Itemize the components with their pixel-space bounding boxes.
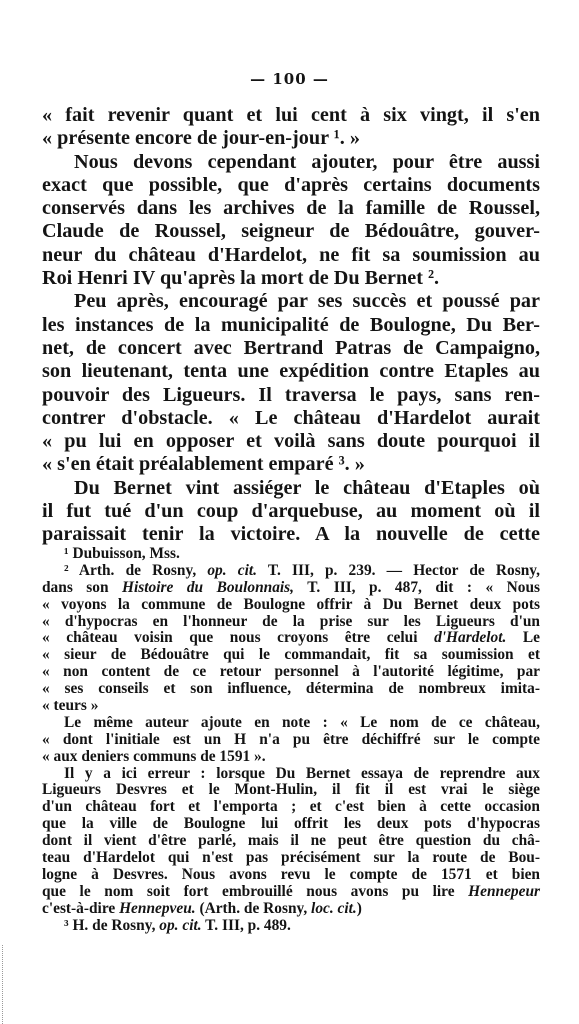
- footnote-italic: op. cit.: [159, 917, 201, 934]
- footnote-line: que la ville de Boulogne lui offrit les …: [42, 816, 540, 833]
- footnote-line: « aux deniers communs de 1591 ».: [42, 749, 540, 766]
- footnote-line: « dont l'initiale est un H n'a pu être d…: [42, 732, 540, 749]
- footnote-line: d'un château fort et l'emporta ; et c'es…: [42, 799, 540, 816]
- footnote-line: logne à Desvres. Nous avons revu le comp…: [42, 867, 540, 884]
- footnote-text: c'est-à-dire: [42, 900, 119, 917]
- footnote-line: « ses conseils et son influence, détermi…: [42, 681, 540, 698]
- text-line: « fait revenir quant et lui cent à six v…: [42, 104, 540, 127]
- footnote-text: T. III, p. 487, dit : « Nous: [294, 579, 540, 596]
- book-page: — 100 — « fait revenir quant et lui cent…: [0, 0, 579, 1024]
- paragraph-start: Nous devons cependant ajouter, pour être…: [42, 151, 540, 174]
- footnote-text: (Arth. de Rosny,: [196, 900, 311, 917]
- footnote-line: teau d'Hardelot qui n'est pas précisémen…: [42, 850, 540, 867]
- footnote-text: dans son: [42, 579, 122, 596]
- footnotes: ¹ Dubuisson, Mss. ² Arth. de Rosny, op. …: [42, 546, 540, 934]
- footnote-line: c'est-à-dire Hennepveu. (Arth. de Rosny,…: [42, 901, 540, 918]
- text-line: net, de concert avec Bertrand Patras de …: [42, 337, 540, 360]
- footnote-line: Le même auteur ajoute en note : « Le nom…: [42, 715, 540, 732]
- footnote-text: T. III, p. 489.: [202, 917, 291, 934]
- footnote-line: « d'hypocras en l'honneur de la prise su…: [42, 614, 540, 631]
- footnote-line: « château voisin que nous croyons être c…: [42, 630, 540, 647]
- paragraph-start: Peu après, encouragé par ses succès et p…: [42, 290, 540, 313]
- footnote-italic: Hennepveu.: [119, 900, 196, 917]
- footnote-text: T. III, p. 239. — Hector de Rosny,: [257, 562, 540, 579]
- main-text: « fait revenir quant et lui cent à six v…: [42, 104, 540, 547]
- text-line: Claude de Roussel, seigneur de Bédouâtre…: [42, 220, 540, 243]
- text-line: « pu lui en opposer et voilà sans doute …: [42, 430, 540, 453]
- footnote-italic: Hennepeur: [468, 883, 540, 900]
- text-line: conservés dans les archives de la famill…: [42, 197, 540, 220]
- text-line: les instances de la municipalité de Boul…: [42, 314, 540, 337]
- footnote-line: dans son Histoire du Boulonnais, T. III,…: [42, 580, 540, 597]
- footnote-italic: loc. cit.: [311, 900, 357, 917]
- text-line: pouvoir des Ligueurs. Il traversa le pay…: [42, 384, 540, 407]
- paragraph-start: Du Bernet vint assiéger le château d'Eta…: [42, 477, 540, 500]
- footnote-text: ): [357, 900, 362, 917]
- text-line: son lieutenant, tenta une expédition con…: [42, 360, 540, 383]
- footnote-line: Ligueurs Desvres et le Mont-Hulin, il fi…: [42, 782, 540, 799]
- footnote-italic: d'Hardelot.: [434, 629, 506, 646]
- footnote-italic: Histoire du Boulonnais,: [122, 579, 294, 596]
- footnote-italic: op. cit.: [207, 562, 257, 579]
- footnote-1: ¹ Dubuisson, Mss.: [42, 546, 540, 563]
- text-line: Roi Henri IV qu'après la mort de Du Bern…: [42, 267, 540, 290]
- text-line: « présente encore de jour-en-jour ¹. »: [42, 127, 540, 150]
- text-line: paraissait tenir la victoire. A la nouve…: [42, 523, 540, 546]
- footnote-line: « non content de ce retour personnel à l…: [42, 664, 540, 681]
- text-line: neur du château d'Hardelot, ne fit sa so…: [42, 244, 540, 267]
- footnote-line: « voyons la commune de Boulogne offrir à…: [42, 597, 540, 614]
- footnote-text: « château voisin que nous croyons être c…: [42, 629, 434, 646]
- footnote-text: que le nom soit fort embrouillé nous avo…: [42, 883, 468, 900]
- footnote-line: « sieur de Bédouâtre qui le commandait, …: [42, 647, 540, 664]
- footnote-line: dont il vient d'être parlé, mais il ne p…: [42, 833, 540, 850]
- footnote-line: Il y a ici erreur : lorsque Du Bernet es…: [42, 766, 540, 783]
- text-line: il fut tué d'un coup d'arquebuse, au mom…: [42, 500, 540, 523]
- footnote-text: ² Arth. de Rosny,: [64, 562, 207, 579]
- footnote-text: ³ H. de Rosny,: [64, 917, 159, 934]
- scan-margin-edge: [2, 945, 4, 1024]
- footnote-line: que le nom soit fort embrouillé nous avo…: [42, 884, 540, 901]
- footnote-text: Le: [506, 629, 540, 646]
- text-line: exact que possible, que d'après certains…: [42, 174, 540, 197]
- text-line: « s'en était préalablement emparé ³. »: [42, 453, 540, 476]
- footnote-2: ² Arth. de Rosny, op. cit. T. III, p. 23…: [42, 563, 540, 580]
- page-number: — 100 —: [0, 70, 579, 88]
- text-line: contrer d'obstacle. « Le château d'Harde…: [42, 407, 540, 430]
- footnote-line: « teurs »: [42, 698, 540, 715]
- footnote-3: ³ H. de Rosny, op. cit. T. III, p. 489.: [42, 918, 540, 935]
